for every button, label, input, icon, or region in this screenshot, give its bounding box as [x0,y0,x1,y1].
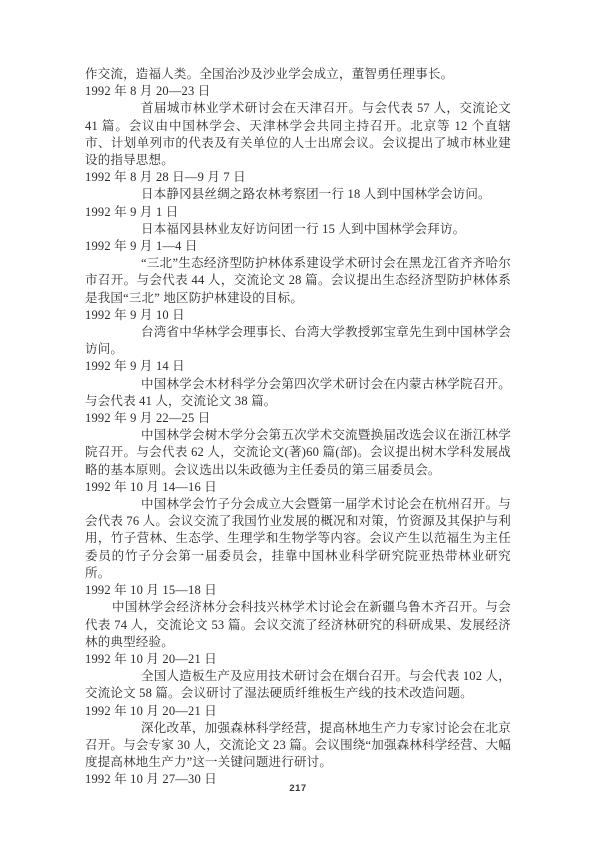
entry-date: 1992 年 10 月 15—18 日 [85,582,511,599]
entry-body: 日本福冈县林业友好访问团一行 15 人到中国林学会拜访。 [85,221,511,238]
entry-date: 1992 年 9 月 14 日 [85,358,511,375]
entry-date: 1992 年 9 月 10 日 [85,307,511,324]
entry-date: 1992 年 9 月 1 日 [85,204,511,221]
entry-date: 1992 年 8 月 20—23 日 [85,83,511,100]
entry-body: 日本静冈县丝绸之路农林考察团一行 18 人到中国林学会访问。 [85,186,511,203]
page-text-block: 作交流，造福人类。全国治沙及沙业学会成立，董智勇任理事长。 1992 年 8 月… [85,66,511,789]
entry-date: 1992 年 10 月 14—16 日 [85,479,511,496]
document-page: 作交流，造福人类。全国治沙及沙业学会成立，董智勇任理事长。 1992 年 8 月… [0,0,600,848]
entry-body: 首届城市林业学术研讨会在天津召开。与会代表 57 人，交流论文 41 篇。会议由… [85,100,511,169]
entry-date: 1992 年 9 月 22—25 日 [85,410,511,427]
entry-body: “三北”生态经济型防护林体系建设学术研讨会在黑龙江省齐齐哈尔市召开。与会代表 4… [85,255,511,307]
entry-date: 1992 年 10 月 20—21 日 [85,651,511,668]
page-number: 217 [85,783,511,794]
continuation-paragraph: 作交流，造福人类。全国治沙及沙业学会成立，董智勇任理事长。 [85,66,511,83]
entry-body: 全国人造板生产及应用技术研讨会在烟台召开。与会代表 102 人，交流论文 58 … [85,668,511,702]
entry-body: 中国林学会木材科学分会第四次学术研讨会在内蒙古林学院召开。与会代表 41 人，交… [85,376,511,410]
entry-body: 深化改革，加强森林科学经营，提高林地生产力专家讨论会在北京召开。与会专家 30 … [85,720,511,772]
entry-body: 中国林学会竹子分会成立大会暨第一届学术讨论会在杭州召开。与会代表 76 人。会议… [85,496,511,582]
entry-body: 中国林学会经济林分会科技兴林学术讨论会在新疆乌鲁木齐召开。与会代表 74 人，交… [85,599,511,651]
entry-date: 1992 年 8 月 28 日—9 月 7 日 [85,169,511,186]
entry-body: 中国林学会树木学分会第五次学术交流暨换届改选会议在浙江林学院召开。与会代表 62… [85,427,511,479]
entry-body: 台湾省中华林学会理事长、台湾大学教授郭宝章先生到中国林学会访问。 [85,324,511,358]
entry-date: 1992 年 10 月 20—21 日 [85,703,511,720]
entry-date: 1992 年 9 月 1—4 日 [85,238,511,255]
